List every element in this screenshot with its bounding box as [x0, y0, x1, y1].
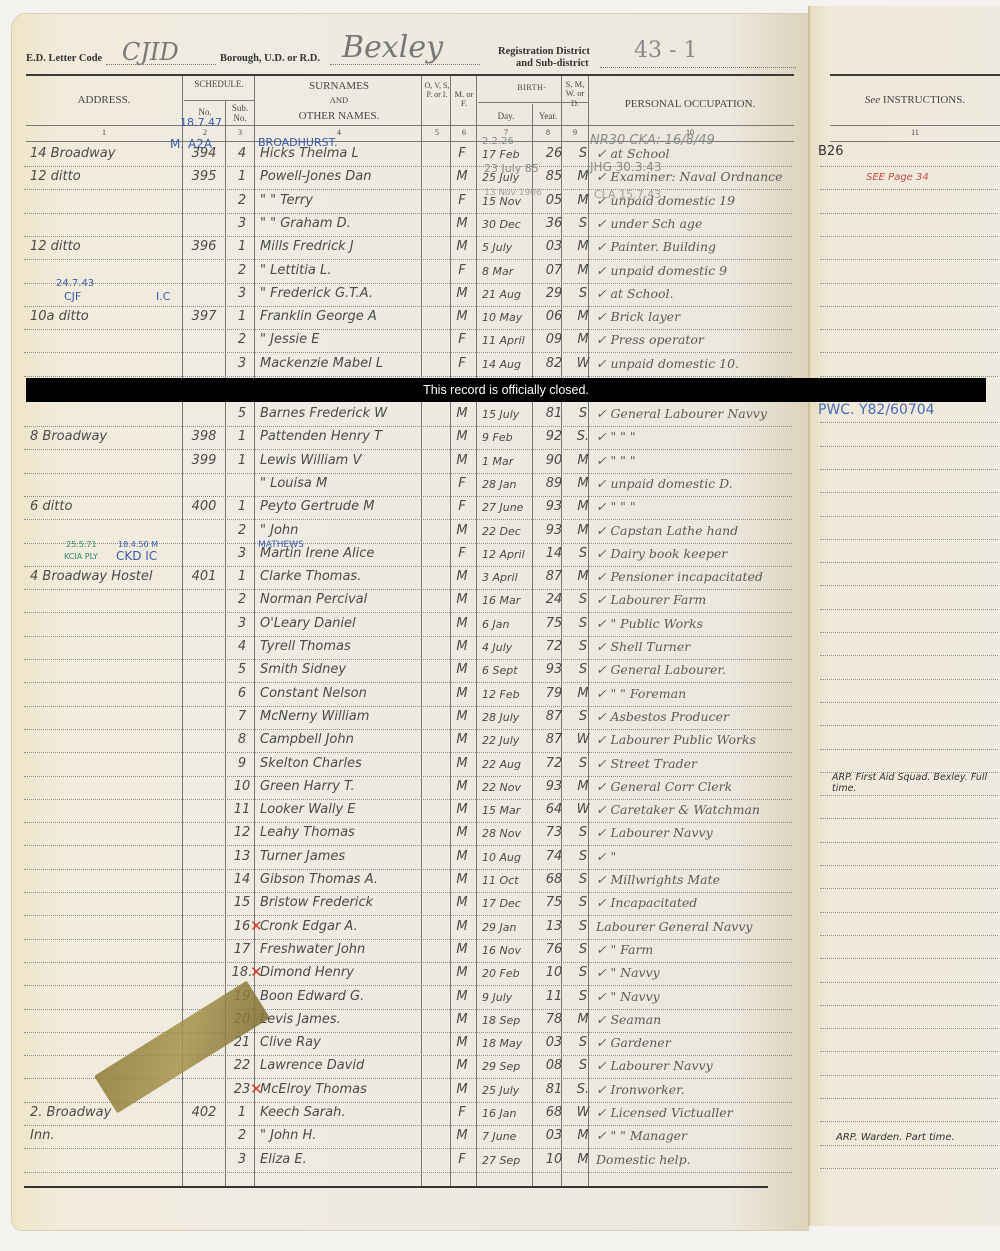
birth-year-cell: 03	[540, 1035, 568, 1050]
name-cell: Constant Nelson	[260, 686, 430, 701]
col-num-6: 6	[452, 129, 476, 138]
schedule-sub-cell: 10	[230, 779, 254, 794]
ruled-line	[820, 632, 998, 633]
occupation-cell: ✓ Brick layer	[596, 309, 792, 324]
ruled-line	[820, 516, 998, 517]
birth-day-cell: 16 Jan	[482, 1107, 538, 1120]
instructions-label: INSTRUCTIONS.	[883, 94, 965, 106]
table-row: 2Norman PercivalM16 Mar24S✓ Labourer Far…	[24, 590, 792, 613]
schedule-sub-cell: 3	[230, 546, 254, 561]
sex-cell: M	[452, 825, 472, 840]
col-num-9: 9	[563, 129, 587, 138]
header-divider-right	[830, 125, 1000, 126]
numbers-divider-right	[830, 141, 1000, 142]
birth-year-cell: 13	[540, 919, 568, 934]
birth-day-cell: 21 Aug	[482, 288, 538, 301]
sex-cell: M	[452, 1058, 472, 1073]
marital-cell: S	[572, 942, 594, 957]
birth-year-cell: 68	[540, 872, 568, 887]
sex-cell: M	[452, 965, 472, 980]
marital-cell: W	[572, 802, 594, 817]
birth-day-cell: 7 June	[482, 1130, 538, 1143]
sub-district-label: and Sub-district	[516, 58, 589, 69]
footer-rule	[24, 1186, 768, 1188]
birth-day-cell: 5 July	[482, 241, 538, 254]
ruled-line	[820, 492, 998, 493]
name-cell: Levis James.	[260, 1012, 430, 1027]
schedule-sub-cell: 2	[230, 193, 254, 208]
schedule-sub-cell: 1	[230, 309, 254, 324]
name-cell: Dimond Henry	[260, 965, 430, 980]
occupation-cell: ✓ " " "	[596, 429, 792, 444]
marital-cell: M	[572, 569, 594, 584]
birth-year-cell: 05	[540, 193, 568, 208]
table-row: 13Turner JamesM10 Aug74S✓ "	[24, 847, 792, 870]
ruled-line	[820, 376, 998, 377]
occupation-cell: ✓ Labourer Navvy	[596, 825, 792, 840]
marital-cell: S	[572, 709, 594, 724]
sex-cell: M	[452, 756, 472, 771]
table-row: 5Barnes Frederick WM15 July81S✓ General …	[24, 404, 792, 427]
schedule-sub-cell: 11	[230, 802, 254, 817]
table-row: 10Green Harry T.M22 Nov93M✓ General Corr…	[24, 777, 792, 800]
name-cell: Bristow Frederick	[260, 895, 430, 910]
occupation-cell: ✓ at School.	[596, 286, 792, 301]
birth-day-cell: 10 May	[482, 311, 538, 324]
birth-day-cell: 11 Oct	[482, 874, 538, 887]
birth-year-cell: 07	[540, 263, 568, 278]
header-rule	[26, 74, 794, 76]
col-surnames: SURNAMES	[256, 80, 422, 92]
name-cell: McNerny William	[260, 709, 430, 724]
mathews-date-1: 25.5.71	[66, 540, 97, 549]
name-cell: Franklin George A	[260, 309, 430, 324]
occupation-cell: ✓ Labourer Navvy	[596, 1058, 792, 1073]
table-row: 6 ditto4001Peyto Gertrude MF27 June93M✓ …	[24, 497, 792, 520]
name-cell: " Louisa M	[260, 476, 430, 491]
birth-day-cell: 18 Sep	[482, 1014, 538, 1027]
occupation-cell: ✓ unpaid domestic 9	[596, 263, 792, 278]
mathews-code: KCIA PLY	[64, 552, 98, 561]
schedule-date-note: 18.7.47	[180, 116, 222, 129]
occupation-cell: ✓ " Navvy	[596, 989, 792, 1004]
name-cell: O'Leary Daniel	[260, 616, 430, 631]
sex-cell: M	[452, 569, 472, 584]
marital-cell: M	[572, 193, 594, 208]
sex-cell: M	[452, 286, 472, 301]
header-rule-right	[830, 74, 1000, 76]
sex-cell: M	[452, 639, 472, 654]
occupation-cell: Domestic help.	[596, 1152, 792, 1167]
table-row: 2. Broadway4021Keech Sarah.F16 Jan68W✓ L…	[24, 1103, 792, 1126]
ruled-line	[820, 679, 998, 680]
name-cell: Smith Sidney	[260, 662, 430, 677]
birth-year-cell: 93	[540, 662, 568, 677]
occupation-cell: ✓ " " Manager	[596, 1128, 792, 1143]
ruled-line	[820, 283, 998, 284]
sex-cell: M	[452, 709, 472, 724]
ruled-line	[820, 655, 998, 656]
row2-birth-note: 23 July 85	[484, 162, 539, 175]
ruled-line	[820, 912, 998, 913]
ruled-line	[820, 749, 998, 750]
birth-day-cell: 28 Jan	[482, 478, 538, 491]
red-x-mark-icon: ✕	[250, 963, 263, 981]
sex-cell: M	[452, 1012, 472, 1027]
table-row: 3Eliza E.F27 Sep10MDomestic help.	[24, 1150, 792, 1173]
birth-year-cell: 93	[540, 499, 568, 514]
marital-cell: M	[572, 263, 594, 278]
name-cell: Pattenden Henry T	[260, 429, 430, 444]
row2-occ-note: JHG 30.3.43	[590, 160, 661, 174]
name-cell: " Jessie E	[260, 332, 430, 347]
sex-cell: F	[452, 193, 472, 208]
ruled-line	[820, 865, 998, 866]
name-cell: McElroy Thomas	[260, 1082, 430, 1097]
sex-cell: M	[452, 919, 472, 934]
sex-cell: M	[452, 872, 472, 887]
name-cell: " " Terry	[260, 193, 430, 208]
row3-birth-note: 13 Nov 1906	[484, 188, 542, 198]
schedule-sub-cell: 15	[230, 895, 254, 910]
sex-cell: M	[452, 802, 472, 817]
address-cell: 8 Broadway	[30, 429, 180, 444]
schedule-sub-cell: 3	[230, 616, 254, 631]
address-cell: Inn.	[30, 1128, 180, 1143]
schedule-sub-cell: 1	[230, 429, 254, 444]
birth-day-cell: 14 Aug	[482, 358, 538, 371]
marital-cell: M	[572, 332, 594, 347]
birth-day-cell: 10 Aug	[482, 851, 538, 864]
marital-cell: W	[572, 356, 594, 371]
schedule-sub-cell: 2	[230, 263, 254, 278]
birth-year-cell: 87	[540, 732, 568, 747]
table-row: 11Looker Wally EM15 Mar64W✓ Caretaker & …	[24, 800, 792, 823]
table-row: 20Levis James.M18 Sep78M✓ Seaman	[24, 1010, 792, 1033]
birth-year-cell: 24	[540, 592, 568, 607]
birth-day-cell: 11 April	[482, 334, 538, 347]
mills-note-ic: I.C	[156, 290, 170, 303]
marital-cell: M	[572, 686, 594, 701]
birth-day-cell: 9 Feb	[482, 431, 538, 444]
ruled-line	[820, 818, 998, 819]
schedule-no-cell: 397	[184, 309, 224, 324]
sex-cell: M	[452, 1035, 472, 1050]
sex-cell: F	[452, 332, 472, 347]
table-row: 3" Frederick G.T.A.M21 Aug29S✓ at School…	[24, 284, 792, 307]
marital-cell: S	[572, 146, 594, 161]
occupation-cell: ✓ Painter. Building	[596, 239, 792, 254]
table-row: 19Boon Edward G.M9 July11S✓ " Navvy	[24, 987, 792, 1010]
birth-day-cell: 29 Jan	[482, 921, 538, 934]
ruled-line	[820, 213, 998, 214]
broadhurst-note: BROADHURST.	[258, 136, 338, 149]
sex-cell: M	[452, 849, 472, 864]
marital-cell: S	[572, 825, 594, 840]
schedule-sub-cell: 2	[230, 1128, 254, 1143]
sex-cell: M	[452, 523, 472, 538]
name-cell: Lewis William V	[260, 453, 430, 468]
birth-year-cell: 79	[540, 686, 568, 701]
schedule-sub-cell: 4	[230, 146, 254, 161]
birth-year-cell: 73	[540, 825, 568, 840]
col-num-11: 11	[830, 129, 1000, 138]
col-address: ADDRESS.	[26, 94, 182, 106]
birth-year-cell: 03	[540, 239, 568, 254]
occupation-cell: ✓ at School	[596, 146, 792, 161]
schedule-no-cell: 396	[184, 239, 224, 254]
birth-day-cell: 4 July	[482, 641, 538, 654]
row1-occ-note: NR30 CKA: 16/8/49	[590, 133, 715, 148]
name-cell: Norman Percival	[260, 592, 430, 607]
occupation-cell: ✓ Capstan Lathe hand	[596, 523, 792, 538]
name-cell: Powell-Jones Dan	[260, 169, 430, 184]
birth-year-cell: 06	[540, 309, 568, 324]
right-pwc: PWC. Y82/60704	[818, 402, 935, 418]
marital-cell: S	[572, 286, 594, 301]
table-row: 2" Lettitia L.F8 Mar07M✓ unpaid domestic…	[24, 261, 792, 284]
table-row: 2" Jessie EF11 April09M✓ Press operator	[24, 330, 792, 353]
borough-value: Bexley	[342, 30, 443, 65]
col-mf: M. or F.	[452, 90, 476, 109]
marital-cell: S	[572, 592, 594, 607]
name-cell: " Frederick G.T.A.	[260, 286, 430, 301]
ruled-line	[820, 189, 998, 190]
occupation-cell: ✓ unpaid domestic D.	[596, 476, 792, 491]
col-instructions: See INSTRUCTIONS.	[830, 94, 1000, 106]
marital-cell: S	[572, 616, 594, 631]
birth-day-cell: 15 July	[482, 408, 538, 421]
birth-day-cell: 12 Feb	[482, 688, 538, 701]
table-row: 10a ditto3971Franklin George AM10 May06M…	[24, 307, 792, 330]
name-cell: Boon Edward G.	[260, 989, 430, 1004]
birth-year-cell: 75	[540, 895, 568, 910]
table-row: 18.Dimond HenryM20 Feb10S✓ " Navvy✕	[24, 963, 792, 986]
birth-year-cell: 29	[540, 286, 568, 301]
sex-cell: F	[452, 263, 472, 278]
mills-note-date: 24.7.43	[56, 278, 94, 289]
schedule-subdivider	[184, 100, 254, 101]
name-cell: Freshwater John	[260, 942, 430, 957]
table-row: Inn.2" John H.M7 June03M✓ " " Manager	[24, 1126, 792, 1149]
table-row: 4Tyrell ThomasM4 July72S✓ Shell Turner	[24, 637, 792, 660]
ruled-line	[820, 725, 998, 726]
table-row: 15Bristow FrederickM17 Dec75S✓ Incapacit…	[24, 893, 792, 916]
schedule-sub-cell: 9	[230, 756, 254, 771]
birth-year-cell: 26	[540, 146, 568, 161]
schedule-no-cell: 398	[184, 429, 224, 444]
schedule-sub-cell: 12	[230, 825, 254, 840]
col-birth-day: Day.	[478, 112, 534, 122]
schedule-sub-cell: 7	[230, 709, 254, 724]
occupation-cell: ✓ Ironworker.	[596, 1082, 792, 1097]
ruled-line	[820, 1145, 998, 1146]
birth-day-cell: 22 July	[482, 734, 538, 747]
name-cell: Barnes Frederick W	[260, 406, 430, 421]
marital-cell: S	[572, 1035, 594, 1050]
occupation-cell: ✓ Asbestos Producer	[596, 709, 792, 724]
birth-year-cell: 36	[540, 216, 568, 231]
schedule-sub-cell: 3	[230, 356, 254, 371]
name-cell: Green Harry T.	[260, 779, 430, 794]
ruled-line	[820, 1028, 998, 1029]
marital-cell: M	[572, 1128, 594, 1143]
sex-cell: F	[452, 1152, 472, 1167]
name-cell: Mills Fredrick J	[260, 239, 430, 254]
table-row: 8 Broadway3981Pattenden Henry TM9 Feb92S…	[24, 427, 792, 450]
instructions-see: See	[865, 94, 880, 106]
ruled-line	[820, 236, 998, 237]
schedule-sub-cell: 2	[230, 523, 254, 538]
marital-cell: S	[572, 756, 594, 771]
birth-day-cell: 16 Mar	[482, 594, 538, 607]
marital-cell: M	[572, 499, 594, 514]
ruled-line	[820, 1075, 998, 1076]
sex-cell: F	[452, 546, 472, 561]
schedule-sub-cell: 1	[230, 569, 254, 584]
birth-year-cell: 81	[540, 1082, 568, 1097]
sex-cell: M	[452, 686, 472, 701]
reg-district-value: 43 - 1	[634, 38, 697, 63]
table-row: 3Mackenzie Mabel LF14 Aug82W✓ unpaid dom…	[24, 354, 792, 377]
ruled-line	[820, 958, 998, 959]
marital-cell: M	[572, 453, 594, 468]
name-cell: Keech Sarah.	[260, 1105, 430, 1120]
ruled-line	[820, 166, 998, 167]
row3-occ-note: CLA 15.7.43	[594, 188, 661, 201]
borough-label: Borough, U.D. or R.D.	[220, 53, 320, 64]
birth-day-cell: 20 Feb	[482, 967, 538, 980]
right-b26: B26	[818, 144, 843, 159]
sex-cell: M	[452, 779, 472, 794]
ruled-line	[820, 702, 998, 703]
sex-cell: M	[452, 239, 472, 254]
marital-cell: S	[572, 919, 594, 934]
right-arp-first-aid: ARP. First Aid Squad. Bexley. Full time.	[832, 772, 1000, 795]
birth-year-cell: 87	[540, 709, 568, 724]
occupation-cell: ✓ Street Trader	[596, 756, 792, 771]
occupation-cell: Labourer General Navvy	[596, 919, 792, 934]
col-schedule: SCHEDULE.	[184, 80, 254, 90]
sex-cell: M	[452, 216, 472, 231]
table-row: 12 ditto3961Mills Fredrick JM5 July03M✓ …	[24, 237, 792, 260]
marital-cell: S	[572, 872, 594, 887]
sex-cell: M	[452, 309, 472, 324]
table-row: 12 ditto3951Powell-Jones DanM25 July85M✓…	[24, 167, 792, 190]
birth-day-cell: 28 Nov	[482, 827, 538, 840]
marital-cell: S	[572, 1058, 594, 1073]
schedule-no-cell: 400	[184, 499, 224, 514]
ruled-line	[820, 1098, 998, 1099]
ruled-line	[820, 446, 998, 447]
marital-cell: M	[572, 523, 594, 538]
birth-year-cell: 09	[540, 332, 568, 347]
col-occupation: PERSONAL OCCUPATION.	[590, 98, 790, 110]
table-row: 12Leahy ThomasM28 Nov73S✓ Labourer Navvy	[24, 823, 792, 846]
schedule-sub-cell: 8	[230, 732, 254, 747]
birth-year-cell: 08	[540, 1058, 568, 1073]
schedule-sub-cell: 22	[230, 1058, 254, 1073]
birth-subdivider	[478, 102, 588, 103]
birth-year-cell: 92	[540, 429, 568, 444]
birth-day-cell: 28 July	[482, 711, 538, 724]
name-cell: Gibson Thomas A.	[260, 872, 430, 887]
address-cell: 12 ditto	[30, 239, 180, 254]
sex-cell: M	[452, 616, 472, 631]
ruled-line	[820, 795, 998, 796]
ruled-line	[820, 982, 998, 983]
schedule-no-cell: 395	[184, 169, 224, 184]
birth-year-cell: 85	[540, 169, 568, 184]
sex-cell: M	[452, 662, 472, 677]
birth-day-cell: 12 April	[482, 548, 538, 561]
schedule-no-cell: 401	[184, 569, 224, 584]
schedule-sub-cell: 1	[230, 169, 254, 184]
col-ovspi: O, V, S, P. or I.	[423, 82, 451, 100]
schedule-sub-cell: 1	[230, 453, 254, 468]
occupation-cell: ✓ General Labourer.	[596, 662, 792, 677]
birth-year-cell: 10	[540, 965, 568, 980]
table-row: 7McNerny WilliamM28 July87S✓ Asbestos Pr…	[24, 707, 792, 730]
birth-day-cell: 30 Dec	[482, 218, 538, 231]
address-cell: 2. Broadway	[30, 1105, 180, 1120]
birth-year-cell: 82	[540, 356, 568, 371]
birth-day-cell: 22 Aug	[482, 758, 538, 771]
ruled-line	[820, 562, 998, 563]
sex-cell: M	[452, 732, 472, 747]
right-see-page: SEE Page 34	[866, 172, 929, 183]
birth-year-cell: 11	[540, 989, 568, 1004]
occupation-cell: ✓ " Farm	[596, 942, 792, 957]
birth-year-cell: 93	[540, 523, 568, 538]
address-cell: 14 Broadway	[30, 146, 180, 161]
reg-district-line	[600, 67, 796, 68]
schedule-sub-cell: 5	[230, 406, 254, 421]
birth-year-cell: 93	[540, 779, 568, 794]
table-row: 14Gibson Thomas A.M11 Oct68S✓ Millwright…	[24, 870, 792, 893]
sex-cell: F	[452, 476, 472, 491]
ed-letter-code-value: CJID	[122, 38, 179, 66]
marital-cell: M	[572, 476, 594, 491]
table-row: 5Smith SidneyM6 Sept93S✓ General Laboure…	[24, 660, 792, 683]
marital-cell: M	[572, 239, 594, 254]
table-row: " Louisa MF28 Jan89M✓ unpaid domestic D.	[24, 474, 792, 497]
table-row: 16Cronk Edgar A.M29 Jan13SLabourer Gener…	[24, 917, 792, 940]
birth-day-cell: 3 April	[482, 571, 538, 584]
address-cell: 6 ditto	[30, 499, 180, 514]
schedule-sub-cell: 1	[230, 239, 254, 254]
sex-cell: M	[452, 1128, 472, 1143]
table-row: 3991Lewis William VM1 Mar90M✓ " " "	[24, 451, 792, 474]
ruled-line	[820, 1168, 998, 1169]
mathews-date-2: 18.4.50 M	[118, 540, 158, 549]
occupation-cell: ✓ Gardener	[596, 1035, 792, 1050]
schedule-sub-cell: 13	[230, 849, 254, 864]
ruled-line	[820, 1051, 998, 1052]
marital-cell: M	[572, 1012, 594, 1027]
ruled-line	[820, 1121, 998, 1122]
col-other-names: OTHER NAMES.	[256, 110, 422, 122]
name-cell: Clarke Thomas.	[260, 569, 430, 584]
birth-day-cell: 25 July	[482, 1084, 538, 1097]
col-num-3: 3	[226, 129, 254, 138]
address-cell: 12 ditto	[30, 169, 180, 184]
marital-cell: S	[572, 662, 594, 677]
schedule-sub-cell: 3	[230, 216, 254, 231]
ruled-line	[820, 306, 998, 307]
birth-year-cell: 64	[540, 802, 568, 817]
table-row: 17Freshwater JohnM16 Nov76S✓ " Farm	[24, 940, 792, 963]
